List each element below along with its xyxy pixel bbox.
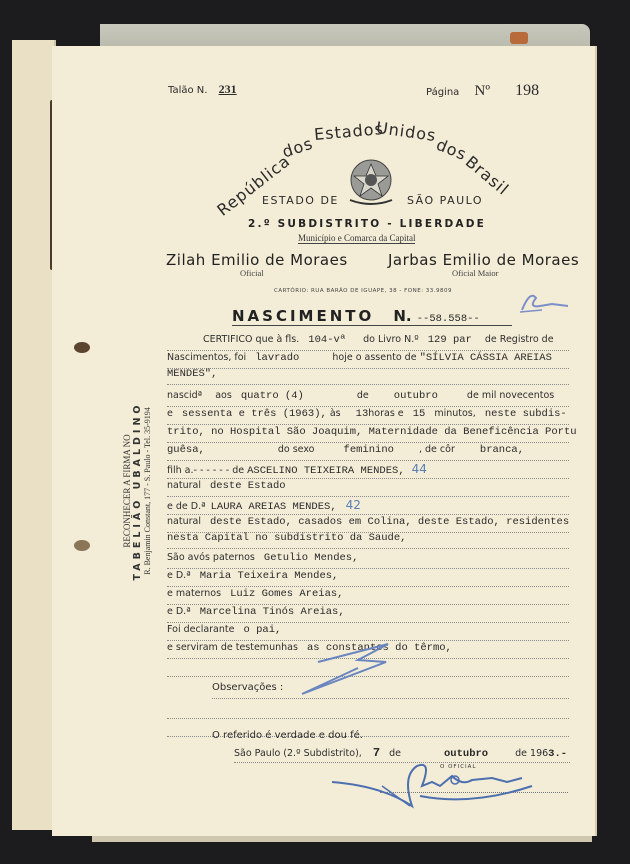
residencia-value: nesta Capital no subdistrito da Saude,	[167, 532, 406, 544]
cor-label: , de côr	[419, 444, 455, 455]
minutos-label: minutos,	[434, 408, 475, 419]
row-residencia: nesta Capital no subdistrito da Saude,	[167, 532, 569, 549]
estado-right: SÃO PAULO	[407, 194, 483, 207]
mae-label: e de D.ª	[167, 501, 206, 512]
natural-label-2: natural	[167, 516, 201, 527]
dia-value: quatro (4)	[241, 390, 304, 402]
referido-statement: O referido é verdade e dou fé.	[212, 730, 363, 741]
registrant-name-1: "SÍLVIA CÁSSIA AREIAS	[420, 352, 552, 364]
avos-paternos-label: São avós paternos	[167, 552, 255, 563]
local-value-3: guêsa,	[167, 444, 205, 456]
arc-word-republica: República	[213, 151, 293, 220]
side-stamp-line3: R. Benjamin Constant, 177 - S. Paulo - T…	[143, 376, 152, 606]
pai-idade: 44	[412, 462, 427, 476]
mae-value: LAURA AREIAS MENDES,	[211, 501, 337, 513]
official-right-title: Oficial Maior	[452, 268, 499, 278]
estado-left: ESTADO DE	[262, 194, 339, 207]
talao-label: Talão N.	[168, 85, 207, 96]
livro-label: do Livro N.º	[363, 334, 419, 345]
row-filiacao: filh a.- - - - - - de ASCELINO TEIXEIRA …	[167, 462, 569, 479]
row-ano: e sessenta e três (1963), às 13horas e 1…	[167, 408, 569, 425]
sexo-value: feminino	[344, 444, 394, 456]
row-pai-natural: natural deste Estado	[167, 480, 569, 497]
nascida-label: nascidª	[167, 390, 202, 401]
de-label: de	[357, 390, 369, 401]
as-label: às	[330, 408, 341, 419]
pai-value: ASCELINO TEIXEIRA MENDES,	[247, 465, 405, 477]
nascimento-title: NASCIMENTO N. --58.558--	[232, 306, 512, 326]
row-avos-paternos: São avós paternos Getulio Mendes,	[167, 552, 569, 569]
row-mae-natural: natural deste Estado, casados em Colina,…	[167, 516, 569, 533]
declarante-value: o pai,	[244, 624, 282, 636]
local-value-2: trito, no Hospital São Joaquim, Maternid…	[167, 426, 577, 438]
official-left-title: Oficial	[240, 268, 264, 278]
municipio-subtitle: Município e Comarca da Capital	[298, 233, 415, 244]
assento-label: hoje o assento de	[332, 352, 416, 363]
arc-word-unidos: Unidos	[375, 118, 438, 145]
avo-paterna-label: e D.ª	[167, 570, 191, 581]
official-signature-icon	[322, 756, 562, 840]
row-certifico: CERTIFICO que à fls. 104-vª do Livro N.º…	[167, 334, 569, 351]
row-sexo: guêsa, do sexo feminino , de côr branca,	[167, 444, 569, 461]
testemunhas-label: e serviram de testemunhas	[167, 642, 298, 653]
mae-natural-value: deste Estado, casados em Colina, deste E…	[210, 516, 569, 528]
filha-label: filh a.- - - - - - de	[167, 465, 244, 476]
side-stamp: RECONHECER A FIRMA NO TABELIÃO UBALDINO …	[122, 376, 152, 606]
row-avo-paterna: e D.ª Maria Teixeira Mendes,	[167, 570, 569, 587]
side-stamp-line2: TABELIÃO UBALDINO	[132, 376, 143, 606]
numero-label: Nº	[475, 83, 490, 99]
horas-value: 13	[356, 408, 369, 420]
side-stamp-line1: RECONHECER A FIRMA NO	[122, 376, 132, 606]
local-value-1: neste subdis-	[485, 408, 567, 420]
declarante-label: Foi declarante	[167, 624, 234, 635]
subdistrito-title: 2.º SUBDISTRITO - LIBERDADE	[248, 218, 486, 230]
mil-label: de mil novecentos	[467, 390, 554, 401]
nascimento-label: NASCIMENTO	[232, 307, 374, 325]
nascimento-number-value: --58.558--	[417, 313, 480, 325]
initials-signature-icon	[512, 288, 572, 322]
lavrado-value: lavrado	[255, 352, 299, 364]
pagina-label: Página	[426, 87, 459, 98]
registro-label: de Registro de	[485, 334, 554, 345]
row-declarante: Foi declarante o pai,	[167, 624, 569, 641]
avo-materno-value: Luiz Gomes Areias,	[230, 588, 343, 600]
mae-idade: 42	[346, 498, 361, 512]
row-local: trito, no Hospital São Joaquim, Maternid…	[167, 426, 569, 443]
horas-label: horas e	[368, 408, 403, 419]
minutos-value: 15	[413, 408, 426, 420]
arc-word-dos: dos	[280, 134, 316, 162]
arc-word-brasil: Brasil	[462, 152, 513, 199]
registrant-name-2: MENDES",	[167, 368, 217, 380]
row-avo-materna: e D.ª Marcelina Tinós Areias,	[167, 606, 569, 623]
nascimento-number-label: N.	[393, 307, 411, 325]
avo-materna-value: Marcelina Tinós Areias,	[200, 606, 345, 618]
talao-value: 231	[219, 82, 237, 96]
avo-paterno-value: Getulio Mendes,	[264, 552, 359, 564]
aos-label: aos	[215, 390, 232, 401]
row-name-cont: MENDES",	[167, 368, 569, 385]
mes-value: outubro	[394, 390, 438, 402]
avo-paterna-value: Maria Teixeira Mendes,	[200, 570, 339, 582]
talao-number: Talão N. 231	[168, 82, 237, 97]
row-nascimentos: Nascimentos, foi lavrado hoje o assento …	[167, 352, 569, 369]
pagina-value: 198	[515, 82, 539, 99]
punch-hole-bottom	[74, 540, 90, 551]
punch-hole-top	[74, 342, 90, 353]
cor-value: branca,	[480, 444, 524, 456]
nascimentos-label: Nascimentos, foi	[167, 352, 246, 363]
fls-value: 104-vª	[308, 334, 346, 346]
brazil-coat-of-arms-icon	[342, 156, 400, 208]
ano-value: sessenta e três (1963),	[182, 408, 327, 420]
certifico-label: CERTIFICO que à fls.	[203, 334, 299, 345]
row-nascida: nascidª aos quatro (4) de outubro de mil…	[167, 390, 569, 407]
observacoes-label: Observações :	[212, 682, 283, 693]
pai-natural-value: deste Estado	[210, 480, 286, 492]
avo-materna-label: e D.ª	[167, 606, 191, 617]
binding-strip	[12, 40, 56, 830]
pagina-number: Página Nº 198	[426, 82, 539, 100]
row-avos-maternos: e maternos Luiz Gomes Areias,	[167, 588, 569, 605]
e-label: e	[167, 408, 173, 419]
avos-maternos-label: e maternos	[167, 588, 221, 599]
official-right-name: Jarbas Emilio de Moraes	[388, 251, 579, 269]
natural-label: natural	[167, 480, 201, 491]
arc-word-estados: Estados	[313, 119, 384, 144]
observacoes-strike-icon	[298, 642, 398, 706]
row-mae: e de D.ª LAURA AREIAS MENDES, 42	[167, 498, 569, 515]
cartorio-address: CARTÓRIO: RUA BARÃO DE IGUAPE, 38 - FONE…	[274, 288, 452, 294]
arc-word-dos-2: dos	[434, 135, 470, 164]
livro-value: 129 par	[428, 334, 472, 346]
official-left-name: Zilah Emilio de Moraes	[166, 251, 348, 269]
rust-stain	[510, 32, 528, 44]
certificate-page: Talão N. 231 Página Nº 198 República dos…	[52, 46, 597, 836]
sexo-label: do sexo	[278, 444, 315, 455]
